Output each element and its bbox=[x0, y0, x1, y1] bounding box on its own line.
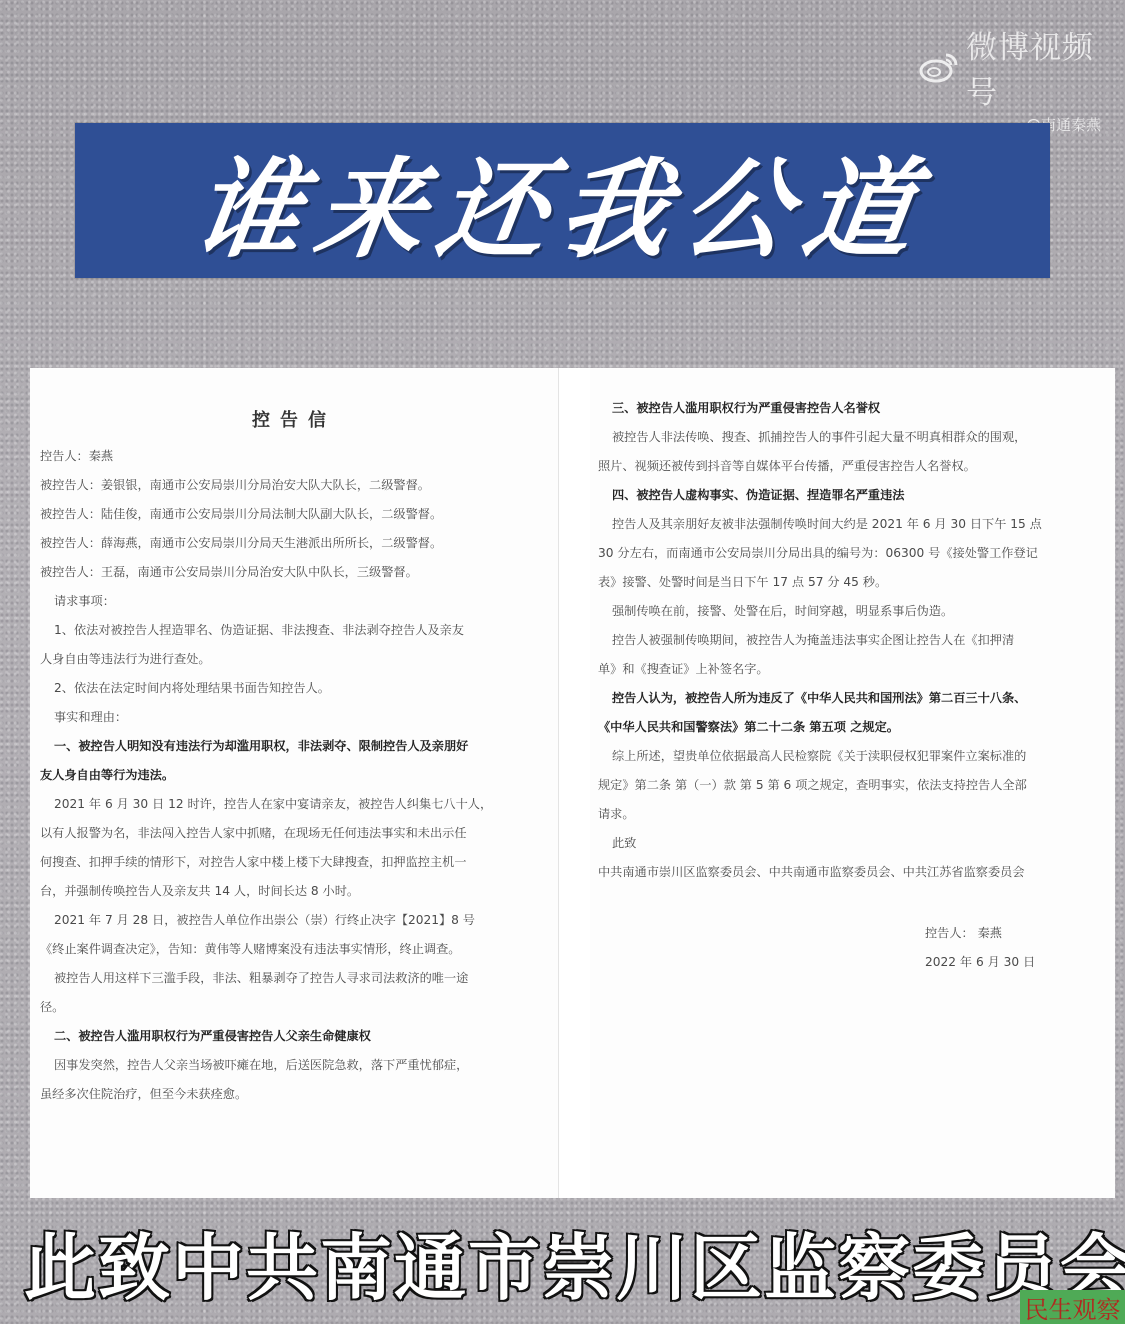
letter-line: 三、被控告人滥用职权行为严重侵害控告人名誉权 bbox=[598, 394, 1109, 423]
letter-line: 1、依法对被控告人捏造罪名、伪造证据、非法搜查、非法剥夺控告人及亲友 bbox=[40, 616, 550, 645]
letter-line: 四、被控告人虚构事实、伪造证据、捏造罪名严重违法 bbox=[598, 481, 1109, 510]
letter-page-right: 三、被控告人滥用职权行为严重侵害控告人名誉权被控告人非法传唤、搜查、抓捕控告人的… bbox=[590, 368, 1115, 1198]
banner-title: 谁来还我公道 bbox=[186, 123, 940, 278]
letter-line: 2021 年 7 月 28 日，被控告人单位作出崇公（崇）行终止决字【2021】… bbox=[40, 906, 550, 935]
letter-line: 表》接警、处警时间是当日下午 17 点 57 分 45 秒。 bbox=[598, 568, 1109, 597]
letter-line: 控告人及其亲朋好友被非法强制传唤时间大约是 2021 年 6 月 30 日下午 … bbox=[598, 510, 1109, 539]
letter-line: 以有人报警为名，非法闯入控告人家中抓赌，在现场无任何违法事实和未出示任 bbox=[40, 819, 550, 848]
letter-line: 控告人认为，被控告人所为违反了《中华人民共和国刑法》第二百三十八条、 bbox=[598, 684, 1109, 713]
video-subtitle: 此致中共南通市崇川区监察委员会 bbox=[24, 1210, 1114, 1314]
complaint-letter: 控告信 控告人：秦燕被控告人：姜银银，南通市公安局崇川分局治安大队大队长，二级警… bbox=[30, 368, 1115, 1198]
title-banner: 谁来还我公道 bbox=[75, 123, 1050, 278]
letter-line: 控告人被强制传唤期间，被控告人为掩盖违法事实企图让控告人在《扣押清 bbox=[598, 626, 1109, 655]
letter-line: 2021 年 6 月 30 日 12 时许，控告人在家中宴请亲友，被控告人纠集七… bbox=[40, 790, 550, 819]
letter-line: 径。 bbox=[40, 993, 550, 1022]
letter-line: 被控告人：姜银银，南通市公安局崇川分局治安大队大队长，二级警督。 bbox=[40, 471, 550, 500]
letter-title: 控告信 bbox=[30, 406, 558, 432]
signature-date: 2022 年 6 月 30 日 bbox=[925, 948, 1109, 977]
letter-line: 被控告人：王磊，南通市公安局崇川分局治安大队中队长，三级警督。 bbox=[40, 558, 550, 587]
letter-line: 被控告人非法传唤、搜查、抓捕控告人的事件引起大量不明真相群众的围观， bbox=[598, 423, 1109, 452]
letter-line: 因事发突然，控告人父亲当场被吓瘫在地，后送医院急救，落下严重忧郁症， bbox=[40, 1051, 550, 1080]
weibo-icon bbox=[918, 51, 960, 83]
letter-line: 被控告人：薛海燕，南通市公安局崇川分局天生港派出所所长，二级警督。 bbox=[40, 529, 550, 558]
letter-line: 强制传唤在前，接警、处警在后，时间穿越，明显系事后伪造。 bbox=[598, 597, 1109, 626]
letter-line: 虽经多次住院治疗，但至今未获痊愈。 bbox=[40, 1080, 550, 1109]
channel-badge: 民生观察 bbox=[1020, 1290, 1125, 1324]
letter-line: 被控告人用这样下三滥手段，非法、粗暴剥夺了控告人寻求司法救济的唯一途 bbox=[40, 964, 550, 993]
letter-line: 被控告人：陆佳俊，南通市公安局崇川分局法制大队副大队长，二级警督。 bbox=[40, 500, 550, 529]
letter-line: 人身自由等违法行为进行查处。 bbox=[40, 645, 550, 674]
letter-line: 友人身自由等行为违法。 bbox=[40, 761, 550, 790]
weibo-watermark: 微博视频号 @南通秦燕 bbox=[918, 22, 1118, 102]
letter-line: 控告人：秦燕 bbox=[40, 442, 550, 471]
letter-line: 此致 bbox=[598, 829, 1109, 858]
letter-line: 规定》第二条 第（一）款 第 5 第 6 项之规定，查明事实，依法支持控告人全部 bbox=[598, 771, 1109, 800]
letter-line: 单》和《搜查证》上补签名字。 bbox=[598, 655, 1109, 684]
letter-line: 中共南通市崇川区监察委员会、中共南通市监察委员会、中共江苏省监察委员会 bbox=[598, 858, 1109, 887]
letter-line: 请求。 bbox=[598, 800, 1109, 829]
letter-line: 30 分左右，而南通市公安局崇川分局出具的编号为：06300 号《接处警工作登记 bbox=[598, 539, 1109, 568]
letter-line: 二、被控告人滥用职权行为严重侵害控告人父亲生命健康权 bbox=[40, 1022, 550, 1051]
letter-line: 一、被控告人明知没有违法行为却滥用职权，非法剥夺、限制控告人及亲朋好 bbox=[40, 732, 550, 761]
letter-line: 综上所述，望贵单位依据最高人民检察院《关于渎职侵权犯罪案件立案标准的 bbox=[598, 742, 1109, 771]
letter-line: 《终止案件调查决定》，告知：黄伟等人赌博案没有违法事实情形，终止调查。 bbox=[40, 935, 550, 964]
letter-line: 《中华人民共和国警察法》第二十二条 第五项 之规定。 bbox=[598, 713, 1109, 742]
letter-line: 2、依法在法定时间内将处理结果书面告知控告人。 bbox=[40, 674, 550, 703]
letter-line: 何搜查、扣押手续的情形下，对控告人家中楼上楼下大肆搜查，扣押监控主机一 bbox=[40, 848, 550, 877]
letter-line: 台，并强制传唤控告人及亲友共 14 人，时间长达 8 小时。 bbox=[40, 877, 550, 906]
letter-page-left: 控告信 控告人：秦燕被控告人：姜银银，南通市公安局崇川分局治安大队大队长，二级警… bbox=[30, 368, 559, 1198]
watermark-brand: 微博视频号 bbox=[966, 22, 1118, 112]
letter-line: 照片、视频还被传到抖音等自媒体平台传播，严重侵害控告人名誉权。 bbox=[598, 452, 1109, 481]
signature-complainant: 控告人： 秦燕 bbox=[925, 919, 1109, 948]
letter-line: 请求事项： bbox=[40, 587, 550, 616]
letter-line: 事实和理由： bbox=[40, 703, 550, 732]
